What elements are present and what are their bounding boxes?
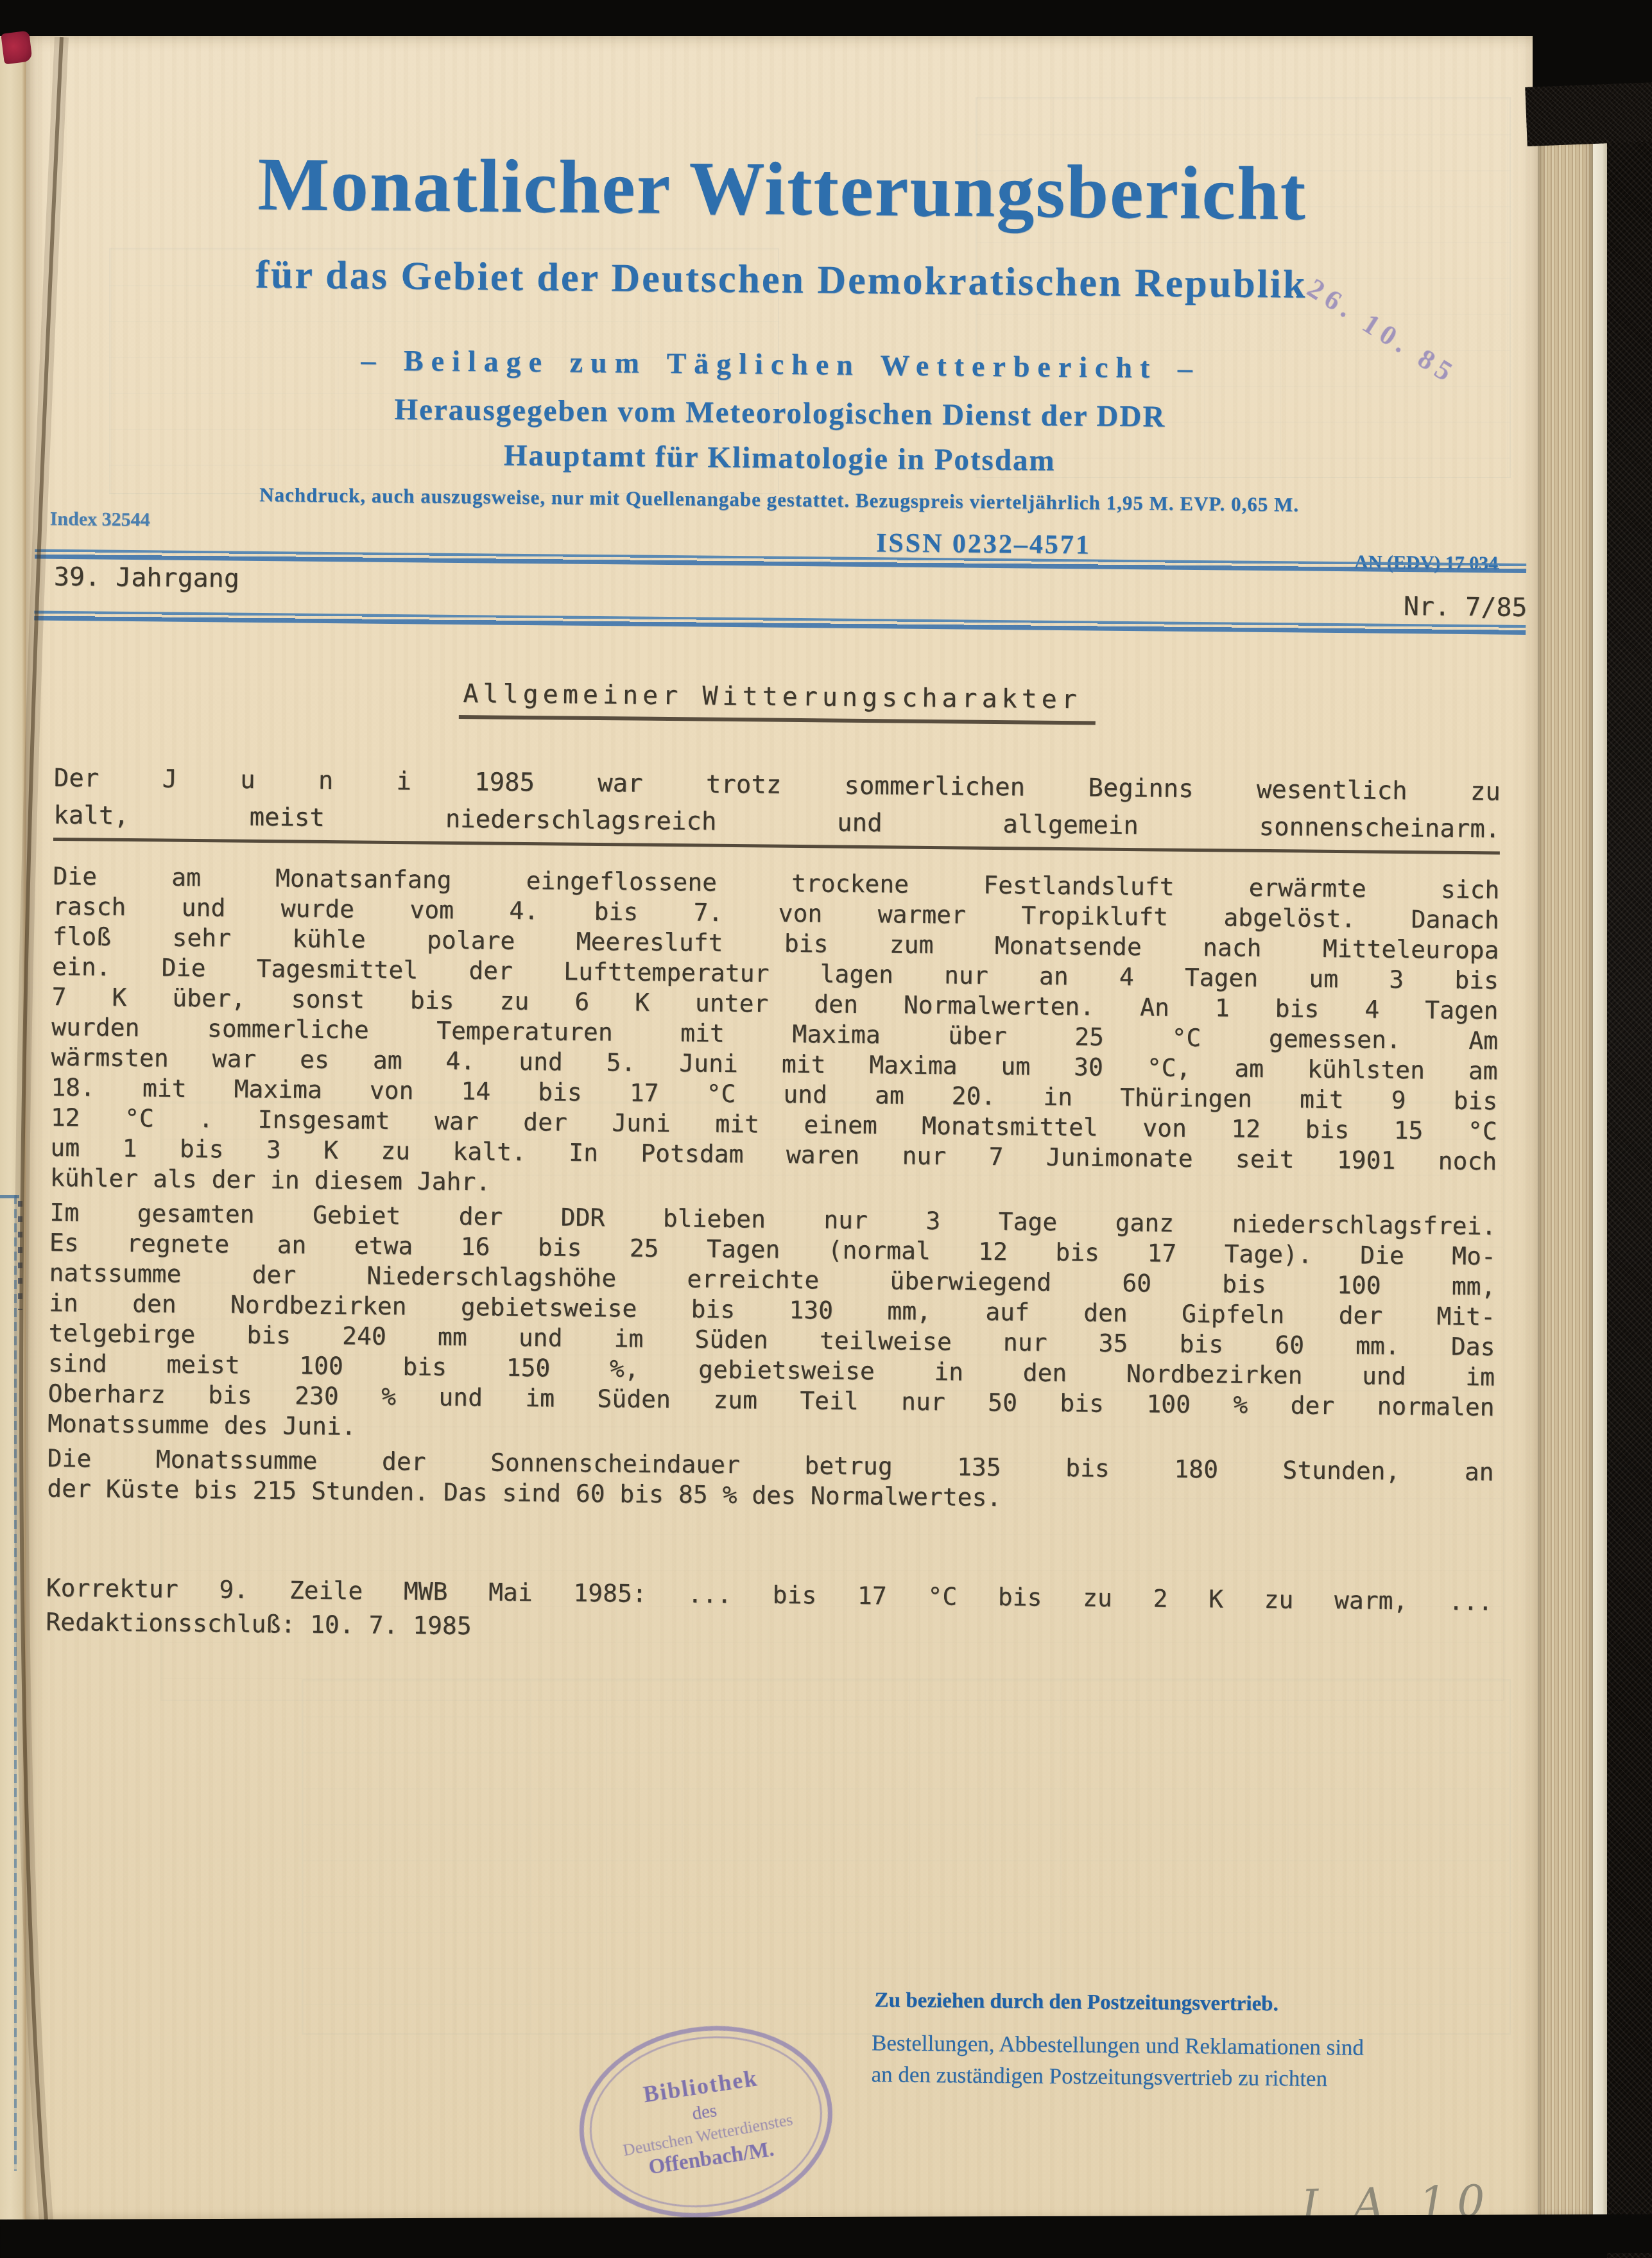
inner-page-edge <box>1593 135 1608 2222</box>
book-fore-edge-pages <box>1538 132 1593 2223</box>
paragraph: Die Monatssumme der Sonnenscheindauer be… <box>47 1444 1494 1518</box>
underlying-page-edge <box>0 36 26 2222</box>
stamp-line: Bibliothek <box>641 2064 759 2108</box>
index-number: Index 32544 <box>50 508 150 531</box>
document-page: Monatlicher Witterungsbericht für das Ge… <box>26 36 1542 2226</box>
page-content: Monatlicher Witterungsbericht für das Ge… <box>26 36 1542 2226</box>
paragraph: Die am Monatsanfang eingeflossene trocke… <box>50 861 1500 1207</box>
distribution-note: Bestellungen, Abbestellungen und Reklama… <box>871 2027 1364 2094</box>
library-stamp-text: Bibliothek des Deutschen Wetterdienstes … <box>578 2021 834 2223</box>
distribution-heading: Zu beziehen durch den Postzeitungsvertri… <box>874 1988 1278 2016</box>
library-stamp: Bibliothek des Deutschen Wetterdienstes … <box>566 2009 845 2226</box>
distribution-note-line: Bestellungen, Abbestellungen und Reklama… <box>872 2027 1364 2063</box>
reprint-notice: Nachdruck, auch auszugsweise, nur mit Qu… <box>26 481 1537 519</box>
scanner-background-top <box>0 0 1652 36</box>
double-rule-bottom <box>34 611 1526 635</box>
book-cover-top-edge <box>1525 82 1652 146</box>
section-heading: Allgemeiner Witterungscharakter <box>459 679 1096 725</box>
binding-corner-mark <box>1 30 33 64</box>
stamp-line: des <box>691 2100 718 2124</box>
publication-title: Monatlicher Witterungsbericht <box>26 138 1540 240</box>
supplement-line: – Beilage zum Täglichen Wetterbericht – <box>26 340 1538 388</box>
volume-label: 39. Jahrgang <box>54 562 239 594</box>
scanned-book-page: Monatlicher Witterungsbericht für das Ge… <box>0 0 1652 2258</box>
issue-number: Nr. 7/85 <box>1404 592 1527 623</box>
publisher-line-2: Hauptamt für Klimatologie in Potsdam <box>26 433 1538 483</box>
publisher-line-1: Herausgegeben vom Meteorologischen Diens… <box>26 388 1538 438</box>
lead-paragraph: Der J u n i 1985 war trotz sommerlichen … <box>53 760 1501 855</box>
bleed-table-border-vertical <box>14 1195 17 2171</box>
correction-note: Korrektur 9. Zeile MWB Mai 1985: ... bis… <box>46 1571 1493 1653</box>
book-cover <box>1607 77 1652 2258</box>
section-heading-wrap: Allgemeiner Witterungscharakter <box>26 675 1535 729</box>
distribution-note-line: an den zuständigen Postzeitungsvertrieb … <box>871 2058 1363 2094</box>
paragraph: Im gesamten Gebiet der DDR blieben nur 3… <box>47 1198 1497 1453</box>
article-body: Die am Monatsanfang eingeflossene trocke… <box>47 861 1500 1522</box>
scanner-background-bottom <box>0 2214 1652 2258</box>
tiny-print-marks <box>18 1201 22 1310</box>
